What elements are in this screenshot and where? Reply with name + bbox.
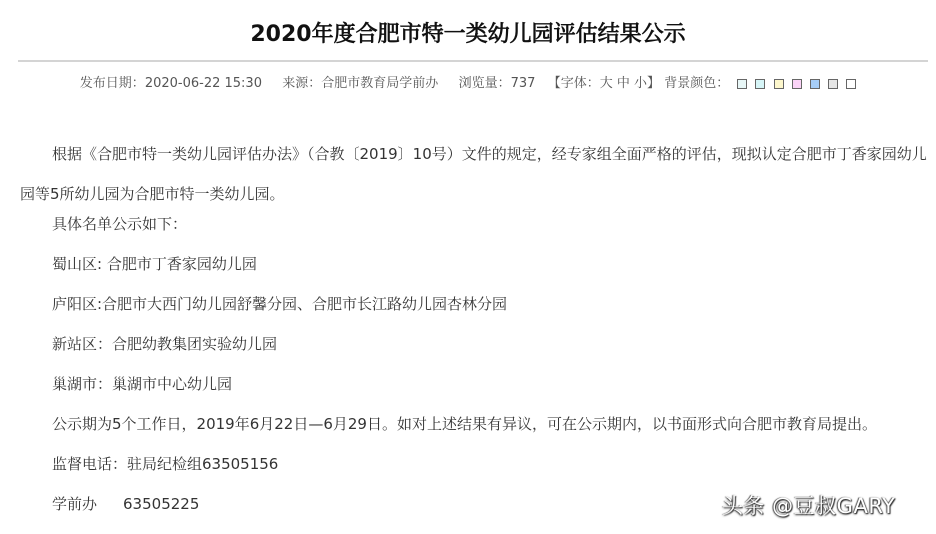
publicity-period: 公示期为5个工作日，2019年6月22日—6月29日。如对上述结果有异议，可在公… xyxy=(52,414,936,434)
watermark: 头条 @豆叔GARY xyxy=(722,490,895,520)
bg-swatch-light-cyan[interactable] xyxy=(737,79,747,89)
bg-color-label: 背景颜色： xyxy=(664,74,729,94)
source-label: 来源： xyxy=(282,74,321,94)
district-shushan: 蜀山区: 合肥市丁香家园幼儿园 xyxy=(52,254,936,274)
font-size-small-button[interactable]: 小 xyxy=(634,74,647,94)
font-size-close: 】 xyxy=(647,74,660,94)
source-value: 合肥市教育局学前办 xyxy=(321,74,438,94)
district-luyang: 庐阳区:合肥市大西门幼儿园舒馨分园、合肥市长江路幼儿园杏林分园 xyxy=(52,294,936,314)
bg-swatch-yellow[interactable] xyxy=(774,79,784,89)
supervision-phone: 监督电话：驻局纪检组63505156 xyxy=(52,454,936,474)
font-size-open: 【字体： xyxy=(548,74,600,94)
article-meta-bar: 发布日期：2020-06-22 15:30 来源：合肥市教育局学前办 浏览量：7… xyxy=(0,74,936,95)
publish-date-label: 发布日期： xyxy=(80,74,145,94)
article-page: 2020年度合肥市特一类幼儿园评估结果公示 发布日期：2020-06-22 15… xyxy=(0,0,936,534)
bg-swatch-blue[interactable] xyxy=(810,79,820,89)
font-size-large-button[interactable]: 大 xyxy=(600,74,613,94)
district-xinzhan: 新站区：合肥幼教集团实验幼儿园 xyxy=(52,334,936,354)
list-heading: 具体名单公示如下： xyxy=(52,214,936,234)
article-title: 2020年度合肥市特一类幼儿园评估结果公示 xyxy=(0,18,936,52)
intro-paragraph: 根据《合肥市特一类幼儿园评估办法》（合教〔2019〕10号）文件的规定，经专家组… xyxy=(20,134,930,214)
office-phone: 63505225 xyxy=(123,495,199,513)
office-label: 学前办 xyxy=(52,495,97,513)
bg-swatch-cyan[interactable] xyxy=(755,79,765,89)
district-chaohu: 巢湖市：巢湖市中心幼儿园 xyxy=(52,374,936,394)
title-divider xyxy=(18,60,928,62)
bg-swatch-gray[interactable] xyxy=(828,79,838,89)
views-count: 737 xyxy=(511,74,536,94)
publish-date: 2020-06-22 15:30 xyxy=(145,74,262,94)
bg-swatch-white[interactable] xyxy=(846,79,856,89)
bg-swatch-pink[interactable] xyxy=(792,79,802,89)
font-size-medium-button[interactable]: 中 xyxy=(617,74,630,94)
views-label: 浏览量： xyxy=(459,74,511,94)
